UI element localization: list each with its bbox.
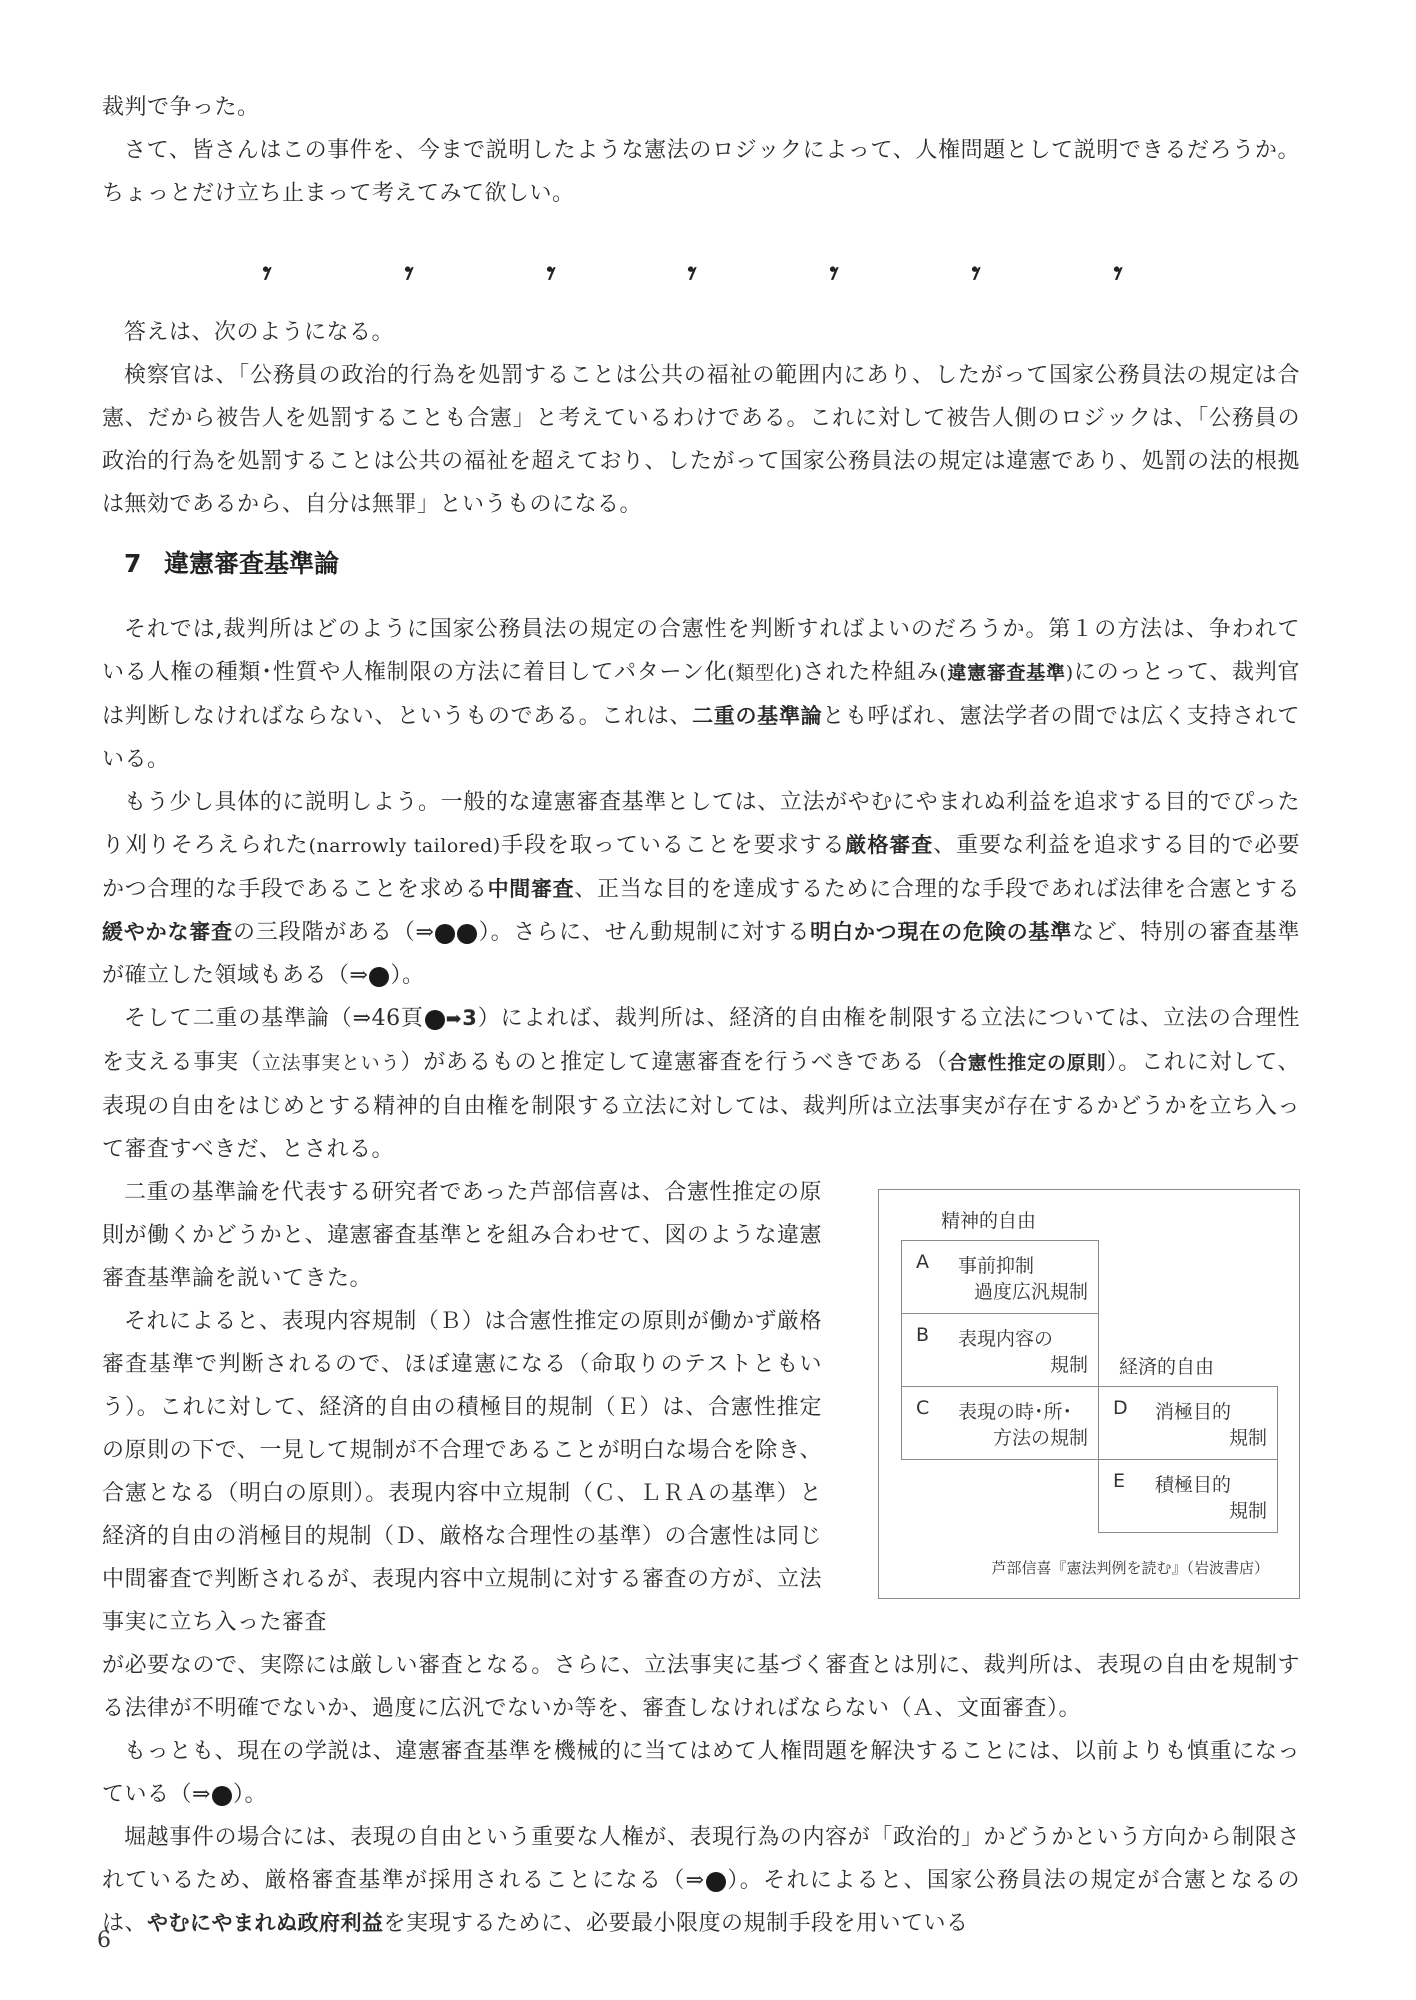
bold-term: 二重の基準論 xyxy=(692,704,822,728)
paragraph-horikoshi: 堀越事件の場合には、表現の自由という重要な人権が、表現行為の内容が「政治的」かど… xyxy=(102,1816,1300,1945)
diagram-cell-d: D 消極目的 規制 xyxy=(1098,1386,1278,1460)
eighth-rest-icon: 𝄾 xyxy=(543,254,558,294)
spiritual-freedom-label: 精神的自由 xyxy=(941,1206,1036,1233)
bold-term: 違憲審査基準 xyxy=(947,662,1066,684)
section-title: 違憲審査基準論 xyxy=(164,549,339,578)
eighth-rest-icon: 𝄾 xyxy=(826,254,841,294)
section-heading: 7違憲審査基準論 xyxy=(124,544,1300,584)
diagram-cell-a: A 事前抑制 過度広汎規制 xyxy=(901,1240,1099,1314)
bold-term: 厳格審査 xyxy=(845,833,933,857)
bold-term: 中間審査 xyxy=(488,877,575,901)
paragraph-question: さて、皆さんはこの事件を、今まで説明したような憲法のロジックによって、人権問題と… xyxy=(102,129,1300,215)
section-number: 7 xyxy=(124,544,164,584)
ref-circle-icon: 7 xyxy=(706,1872,726,1892)
economic-freedom-label: 経済的自由 xyxy=(1119,1352,1214,1379)
eighth-rest-icon: 𝄾 xyxy=(259,254,274,294)
paragraph-current-theory: もっとも、現在の学説は、違憲審査基準を機械的に当てはめて人権問題を解決することに… xyxy=(102,1730,1300,1816)
document-page: 裁判で争った。 さて、皆さんはこの事件を、今まで説明したような憲法のロジックによ… xyxy=(102,86,1300,1945)
bold-term: やむにやまれぬ政府利益 xyxy=(147,1911,384,1935)
bold-term: 合憲性推定の原則 xyxy=(948,1052,1107,1074)
bold-term: 緩やかな審査 xyxy=(102,920,233,944)
ref-circle-icon: 7 xyxy=(425,1010,445,1030)
paragraph-standards-intro: それでは,裁判所はどのように国家公務員法の規定の合憲性を判断すればよいのだろうか… xyxy=(102,608,1300,781)
text-with-figure: 二重の基準論を代表する研究者であった芦部信喜は、合憲性推定の原則が働くかどうかと… xyxy=(102,1171,1300,1644)
eighth-rest-icon: 𝄾 xyxy=(401,254,416,294)
paragraph-intro-line: 裁判で争った。 xyxy=(102,86,1300,129)
paragraph-double-standard: そして二重の基準論（⇒46頁7➡3）によれば、裁判所は、経済的自由権を制限する立… xyxy=(102,997,1300,1171)
paragraph-answer-intro: 答えは、次のようになる。 xyxy=(102,311,1300,354)
paragraph-three-tiers: もう少し具体的に説明しよう。一般的な違憲審査基準としては、立法がやむにやまれぬ利… xyxy=(102,781,1300,997)
ref-circle-icon: 7 xyxy=(369,967,389,987)
eighth-rest-icon: 𝄾 xyxy=(968,254,983,294)
left-column: 二重の基準論を代表する研究者であった芦部信喜は、合憲性推定の原則が働くかどうかと… xyxy=(102,1171,822,1644)
arrow-icon: ➡ xyxy=(446,1008,462,1030)
paragraph-ashibe: 二重の基準論を代表する研究者であった芦部信喜は、合憲性推定の原則が働くかどうかと… xyxy=(102,1171,822,1300)
diagram-cell-b: B 表現内容の 規制 xyxy=(901,1313,1099,1387)
ref-circle-icon: 1 xyxy=(212,1786,232,1806)
figure-caption: 芦部信喜『憲法判例を読む』（岩波書店） xyxy=(991,1557,1269,1578)
ref-circle-icon: 4 xyxy=(435,924,455,944)
bold-term: 明白かつ現在の危険の基準 xyxy=(810,920,1072,944)
standards-diagram: 精神的自由 経済的自由 A 事前抑制 過度広汎規制 B 表現内容の 規制 C 表… xyxy=(878,1189,1300,1599)
page-number: 6 xyxy=(97,1928,111,1953)
pause-rest-symbols: 𝄾 𝄾 𝄾 𝄾 𝄾 𝄾 𝄾 xyxy=(262,237,1122,311)
paragraph-answer-body: 検察官は、「公務員の政治的行為を処罰することは公共の福祉の範囲内にあり、したがっ… xyxy=(102,354,1300,526)
diagram-cell-e: E 積極目的 規制 xyxy=(1098,1459,1278,1533)
eighth-rest-icon: 𝄾 xyxy=(685,254,700,294)
ref-circle-icon: 7 xyxy=(457,924,477,944)
paragraph-ashibe-details: それによると、表現内容規制（Ｂ）は合憲性推定の原則が働かず厳格審査基準で判断され… xyxy=(102,1300,822,1644)
eighth-rest-icon: 𝄾 xyxy=(1110,254,1125,294)
paragraph-ashibe-continued: が必要なので、実際には厳しい審査となる。さらに、立法事実に基づく審査とは別に、裁… xyxy=(102,1644,1300,1730)
diagram-cell-c: C 表現の時･所･ 方法の規制 xyxy=(901,1386,1099,1460)
